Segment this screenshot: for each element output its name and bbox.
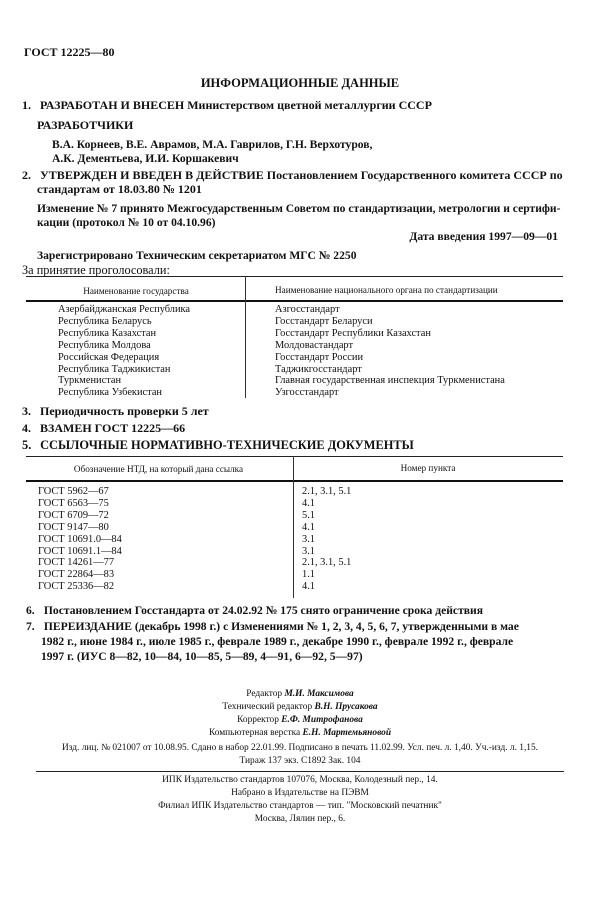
section-5-text: ССЫЛОЧНЫЕ НОРМАТИВНО-ТЕХНИЧЕСКИЕ ДОКУМЕН… [40, 438, 414, 452]
credit-line: Компьютерная верстка Е.Н. Мартемьяновой [0, 727, 600, 740]
table-cell-standards-body: Таджикгосстандарт [275, 364, 505, 376]
states-col-state: Азербайджанская РеспубликаРеспублика Бел… [58, 304, 190, 399]
table-cell-clause: 5.1 [302, 510, 351, 522]
states-table-header-body: Наименование национального органа по ста… [275, 285, 498, 295]
section-7-line-2: 1982 г., июне 1984 г., июле 1985 г., фев… [41, 634, 513, 649]
credit-role: Компьютерная верстка [209, 728, 303, 738]
section-4-text: ВЗАМЕН ГОСТ 12225—66 [40, 421, 185, 435]
page-title: ИНФОРМАЦИОННЫЕ ДАННЫЕ [0, 76, 600, 91]
section-1: 1. РАЗРАБОТАН И ВНЕСЕН Министерством цве… [22, 98, 432, 113]
credit-line: Корректор Е.Ф. Митрофанова [0, 714, 600, 727]
refs-col-clause: 2.1, 3.1, 5.14.15.14.13.13.12.1, 3.1, 5.… [302, 486, 351, 593]
table-cell-standards-body: Госстандарт Республики Казахстан [275, 328, 505, 340]
table-cell-state: Республика Беларусь [58, 316, 190, 328]
table-cell-clause: 4.1 [302, 522, 351, 534]
footer-divider [36, 771, 564, 772]
table-cell-clause: 3.1 [302, 534, 351, 546]
table-cell-standards-body: Главная государственная инспекция Туркме… [275, 375, 505, 387]
table-cell-document: ГОСТ 6709—72 [38, 510, 122, 522]
table-cell-document: ГОСТ 22864—83 [38, 569, 122, 581]
section-6-text: Постановлением Госстандарта от 24.02.92 … [44, 604, 483, 617]
table-cell-document: ГОСТ 10691.0—84 [38, 534, 122, 546]
table-cell-document: ГОСТ 5962—67 [38, 486, 122, 498]
section-number: 5. [22, 438, 37, 453]
amendment-line-1: Изменение № 7 принято Межгосударственным… [37, 201, 560, 216]
table-cell-state: Туркменистан [58, 375, 190, 387]
section-3: 3. Периодичность проверки 5 лет [22, 404, 209, 419]
table-cell-document: ГОСТ 9147—80 [38, 522, 122, 534]
table-cell-standards-body: Молдовастандарт [275, 340, 505, 352]
credit-line: Редактор М.И. Максимова [0, 688, 600, 701]
table-cell-standards-body: Узгосстандарт [275, 387, 505, 399]
table-cell-clause: 2.1, 3.1, 5.1 [302, 486, 351, 498]
table-cell-state: Республика Казахстан [58, 328, 190, 340]
section-2-line-2: стандартам от 18.03.80 № 1201 [37, 182, 202, 197]
section-1-text: Министерством цветной металлургии СССР [184, 98, 432, 112]
imprint-line-1: Изд. лиц. № 021007 от 10.08.95. Сдано в … [0, 743, 600, 753]
publisher-line-4: Москва, Лялин пер., 6. [0, 814, 600, 824]
states-table-header-state: Наименование государства [26, 286, 246, 296]
section-2-text: Постановлением Государственного комитета… [264, 168, 563, 182]
publisher-line-2: Набрано в Издательстве на ПЭВМ [0, 788, 600, 798]
effective-date: Дата введения 1997—09—01 [409, 229, 558, 244]
credit-role: Технический редактор [222, 702, 314, 712]
developers-line-1: В.А. Корнеев, В.Е. Аврамов, М.А. Гаврило… [52, 137, 372, 152]
section-1-caps: РАЗРАБОТАН И ВНЕСЕН [40, 98, 184, 112]
table-cell-clause: 1.1 [302, 569, 351, 581]
credit-role: Корректор [237, 715, 281, 725]
refs-col-doc: ГОСТ 5962—67ГОСТ 6563—75ГОСТ 6709—72ГОСТ… [38, 486, 122, 593]
developers-line-2: А.К. Дементьева, И.И. Коршакевич [52, 151, 239, 166]
publisher-line-3: Филиал ИПК Издательство стандартов — тип… [0, 801, 600, 811]
section-number: 2. [22, 168, 37, 183]
section-number: 7. [26, 619, 41, 634]
table-cell-standards-body: Госстандарт Беларуси [275, 316, 505, 328]
credit-role: Редактор [246, 689, 284, 699]
refs-table-header-clause: Номер пункта [293, 463, 563, 473]
section-number: 3. [22, 404, 37, 419]
states-col-body: АзгосстандартГосстандарт БеларусиГосстан… [275, 304, 505, 399]
table-cell-state: Республика Молдова [58, 340, 190, 352]
registration-note: Зарегистрировано Техническим секретариат… [37, 248, 357, 263]
section-7-line-1: ПЕРЕИЗДАНИЕ (декабрь 1998 г.) с Изменени… [44, 620, 519, 633]
section-2: 2. УТВЕРЖДЕН И ВВЕДЕН В ДЕЙСТВИЕ Постано… [22, 168, 563, 183]
table-cell-document: ГОСТ 6563—75 [38, 498, 122, 510]
document-id: ГОСТ 12225—80 [24, 45, 115, 60]
credit-name: М.И. Максимова [284, 689, 353, 699]
credits-block: Редактор М.И. МаксимоваТехнический редак… [0, 688, 600, 740]
table-cell-document: ГОСТ 25336—82 [38, 581, 122, 593]
table-cell-standards-body: Азгосстандарт [275, 304, 505, 316]
table-cell-clause: 3.1 [302, 546, 351, 558]
credit-line: Технический редактор В.Н. Прусакова [0, 701, 600, 714]
imprint-line-2: Тираж 137 экз. С1892 Зак. 104 [0, 756, 600, 766]
section-2-caps: УТВЕРЖДЕН И ВВЕДЕН В ДЕЙСТВИЕ [40, 168, 264, 182]
table-cell-document: ГОСТ 14261—77 [38, 557, 122, 569]
credit-name: Е.Ф. Митрофанова [281, 715, 363, 725]
section-number: 4. [22, 421, 37, 436]
table-cell-clause: 2.1, 3.1, 5.1 [302, 557, 351, 569]
table-cell-clause: 4.1 [302, 498, 351, 510]
publisher-line-1: ИПК Издательство стандартов 107076, Моск… [0, 775, 600, 785]
section-7-line-3: 1997 г. (ИУС 8—82, 10—84, 10—85, 5—89, 4… [41, 649, 363, 664]
table-cell-state: Республика Таджикистан [58, 364, 190, 376]
table-cell-clause: 4.1 [302, 581, 351, 593]
section-4: 4. ВЗАМЕН ГОСТ 12225—66 [22, 421, 185, 436]
section-number: 1. [22, 98, 37, 113]
table-cell-state: Азербайджанская Республика [58, 304, 190, 316]
refs-table-header-doc: Обозначение НТД, на который дана ссылка [26, 464, 291, 474]
section-5: 5. ССЫЛОЧНЫЕ НОРМАТИВНО-ТЕХНИЧЕСКИЕ ДОКУ… [22, 438, 414, 453]
section-number: 6. [26, 603, 41, 618]
table-cell-state: Российская Федерация [58, 352, 190, 364]
developers-heading: РАЗРАБОТЧИКИ [37, 118, 133, 133]
credit-name: Е.Н. Мартемьяновой [303, 728, 392, 738]
table-cell-state: Республика Узбекистан [58, 387, 190, 399]
section-7: 7. ПЕРЕИЗДАНИЕ (декабрь 1998 г.) с Измен… [26, 619, 519, 634]
section-6: 6. Постановлением Госстандарта от 24.02.… [26, 603, 483, 618]
table-cell-standards-body: Госстандарт России [275, 352, 505, 364]
credit-name: В.Н. Прусакова [315, 702, 378, 712]
amendment-line-2: кации (протокол № 10 от 04.10.96) [37, 215, 216, 230]
table-cell-document: ГОСТ 10691.1—84 [38, 546, 122, 558]
section-3-text: Периодичность проверки 5 лет [40, 404, 209, 418]
